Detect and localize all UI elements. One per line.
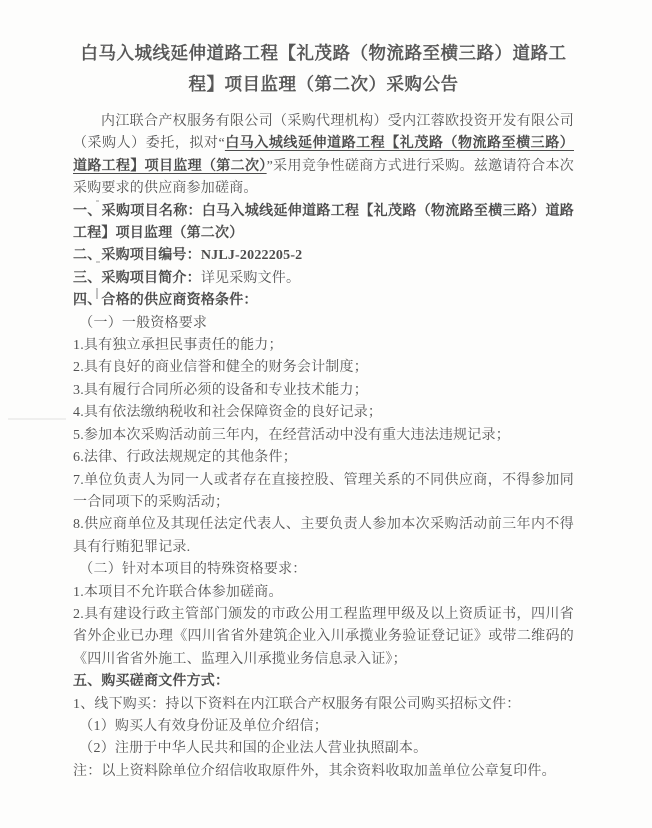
section-qualification-heading: 四、合格的供应商资格条件：	[73, 290, 574, 312]
section-project-name-label: 一、采购项目名称：	[73, 204, 202, 219]
section-purchase-method-heading: 五、购买磋商文件方式：	[73, 671, 574, 693]
section-project-number-value: NJLJ-2022205-2	[201, 248, 303, 263]
intro-paragraph: 内江联合产权服务有限公司（采购代理机构）受内江蓉欧投资开发有限公司（采购人）委托…	[73, 111, 574, 201]
section-project-name: 一、采购项目名称：白马入城线延伸道路工程【礼茂路（物流路至横三路）道路工程】项目…	[73, 201, 574, 246]
general-requirement-item: 7.单位负责人为同一人或者存在直接控股、管理关系的不同供应商，不得参加同一合同项…	[73, 470, 574, 515]
note-line: 注：以上资料除单位介绍信收取原件外，其余资料收取加盖单位公章复印件。	[73, 761, 574, 783]
general-requirements-heading: （一）一般资格要求	[73, 313, 574, 335]
section-project-number-label: 二、采购项目编号：	[73, 248, 201, 263]
document-page: 白马入城线延伸道路工程【礼茂路（物流路至横三路）道路工 程】项目监理（第二次）采…	[0, 0, 652, 828]
purchase-offline-line: 1、线下购买：持以下资料在内江联合产权服务有限公司购买招标文件：	[73, 694, 574, 716]
general-requirement-item: 6.法律、行政法规规定的其他条件；	[73, 447, 574, 469]
section-project-number: 二、采购项目编号：NJLJ-2022205-2	[73, 245, 574, 267]
title-line-1: 白马入城线延伸道路工程【礼茂路（物流路至横三路）道路工	[73, 38, 574, 69]
purchase-material-item: （2）注册于中华人民共和国的企业法人营业执照副本。	[73, 738, 574, 760]
section-project-brief-label: 三、采购项目简介：	[73, 271, 201, 286]
general-requirement-item: 1.具有独立承担民事责任的能力；	[73, 335, 574, 357]
section-project-brief-value: 详见采购文件。	[201, 271, 300, 286]
general-requirement-item: 5.参加本次采购活动前三年内，在经营活动中没有重大违法违规记录；	[73, 425, 574, 447]
general-requirement-item: 2.具有良好的商业信誉和健全的财务会计制度；	[73, 357, 574, 379]
general-requirement-item: 8.供应商单位及其现任法定代表人、主要负责人参加本次采购活动前三年内不得具有行贿…	[73, 514, 574, 559]
section-project-brief: 三、采购项目简介：详见采购文件。	[73, 268, 574, 290]
general-requirement-item: 3.具有履行合同所必须的设备和专业技术能力；	[73, 380, 574, 402]
special-requirements-heading: （二）针对本项目的特殊资格要求：	[73, 559, 574, 581]
general-requirement-item: 4.具有依法缴纳税收和社会保障资金的良好记录；	[73, 402, 574, 424]
special-requirement-item: 2.具有建设行政主管部门颁发的市政公用工程监理甲级及以上资质证书，四川省省外企业…	[73, 604, 574, 671]
purchase-material-item: （1）购买人有效身份证及单位介绍信；	[73, 716, 574, 738]
document-title: 白马入城线延伸道路工程【礼茂路（物流路至横三路）道路工 程】项目监理（第二次）采…	[73, 38, 574, 100]
special-requirement-item: 1.本项目不允许联合体参加磋商。	[73, 582, 574, 604]
title-line-2: 程】项目监理（第二次）采购公告	[73, 69, 574, 100]
